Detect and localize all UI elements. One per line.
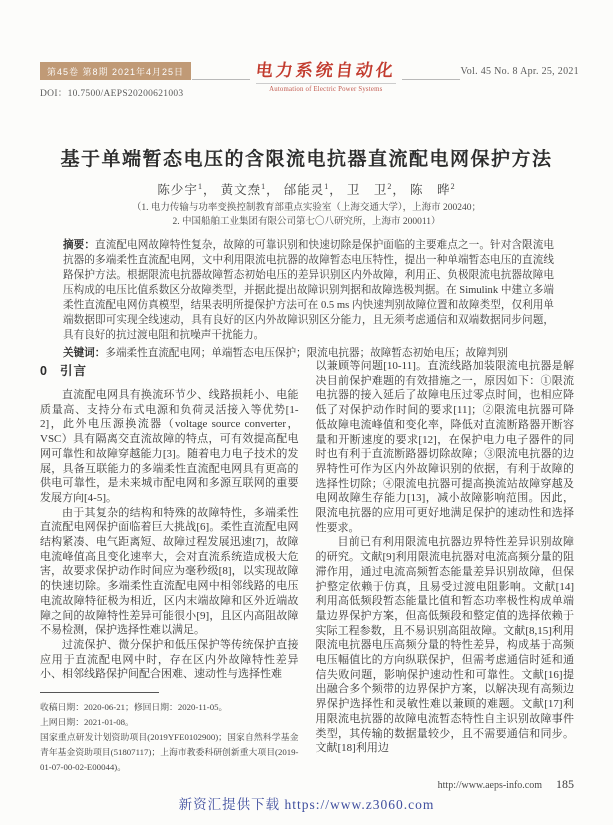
affiliations: （1. 电力传输与功率变换控制教育部重点实验室（上海交通大学），上海市 2002… (0, 201, 613, 229)
author: 黄文焘1， (221, 183, 280, 197)
affiliation-1: （1. 电力传输与功率变换控制教育部重点实验室（上海交通大学），上海市 2002… (0, 201, 613, 215)
section-number: 0 (40, 364, 48, 378)
page-footer: http://www.aeps-info.com185 (438, 777, 574, 792)
header-right: Vol. 45 No. 8 Apr. 25, 2021 (461, 62, 579, 77)
author-line: 陈少宇1， 黄文焘1， 邰能灵1， 卫 卫2， 陈 晔2 (0, 180, 613, 198)
paragraph: 过流保护、微分保护和低压保护等传统保护直接应用于直流配电网中时，存在区内外故障特… (40, 638, 299, 682)
issue-info-cn: 第45卷 第8期 2021年4月25日 (40, 62, 191, 80)
footnote-block: 收稿日期：2020-06-21；修回日期：2020-11-05。 上网日期：20… (40, 692, 299, 775)
abstract: 摘要：直流配电网故障特性复杂，故障的可靠识别和快速切除是保护面临的主要难点之一。… (63, 238, 554, 343)
affiliation-2: 2. 中国船舶工业集团有限公司第七〇八研究所，上海市 200011） (0, 215, 613, 229)
paper-page: 第45卷 第8期 2021年4月25日 DOI：10.7500/AEPS2020… (0, 0, 613, 825)
paragraph: 由于其复杂的结构和特殊的故障特性，多端柔性直流配电网保护面临着巨大挑战[6]。柔… (40, 506, 299, 638)
body-columns: 0引言 直流配电网具有换流环节少、线路损耗小、电能质量高、支持分布式电源和负荷灵… (40, 359, 575, 785)
footnote-online-date: 上网日期：2021-01-08。 (40, 715, 299, 730)
doi: DOI：10.7500/AEPS20200621003 (40, 85, 191, 99)
paragraph: 以兼顾等问题[10-11]。直流线路加装限流电抗器是解决目前保护难题的有效措施之… (316, 359, 575, 535)
left-column: 0引言 直流配电网具有换流环节少、线路损耗小、电能质量高、支持分布式电源和负荷灵… (40, 359, 299, 785)
logo-line-right (402, 79, 460, 80)
footnote-dates: 收稿日期：2020-06-21；修回日期：2020-11-05。 (40, 700, 299, 715)
footnote-funding: 国家重点研发计划资助项目(2019YFE0102900)；国家自然科学基金青年基… (40, 730, 299, 775)
keywords-text: 多端柔性直流配电网；单端暂态电压保护；限流电抗器；故障暂态初始电压；故障判别 (105, 348, 508, 359)
author: 卫 卫2， (347, 183, 406, 197)
journal-name-cn: 电力系统自动化 (254, 56, 397, 81)
download-watermark: 新资汇提供下载 https://www.z3060.com (0, 793, 613, 813)
journal-name-en: Automation of Electric Power Systems (256, 83, 396, 93)
page-number: 185 (556, 777, 574, 791)
article-title: 基于单端暂态电压的含限流电抗器直流配电网保护方法 (0, 144, 613, 171)
abstract-block: 摘要：直流配电网故障特性复杂，故障的可靠识别和快速切除是保护面临的主要难点之一。… (63, 238, 554, 361)
section-0-heading: 0引言 (40, 361, 299, 379)
header-left: 第45卷 第8期 2021年4月25日 DOI：10.7500/AEPS2020… (40, 62, 191, 99)
logo-line-left (192, 79, 250, 80)
footnote-rule (40, 692, 159, 693)
journal-header: 第45卷 第8期 2021年4月25日 DOI：10.7500/AEPS2020… (40, 62, 579, 99)
journal-logo: 电力系统自动化 Automation of Electric Power Sys… (192, 56, 460, 93)
abstract-text: 直流配电网故障特性复杂，故障的可靠识别和快速切除是保护面临的主要难点之一。针对含… (63, 240, 554, 341)
right-column: 以兼顾等问题[10-11]。直流线路加装限流电抗器是解决目前保护难题的有效措施之… (316, 359, 575, 785)
paragraph: 直流配电网具有换流环节少、线路损耗小、电能质量高、支持分布式电源和负荷灵活接入等… (40, 388, 299, 506)
keywords-label: 关键词： (63, 347, 105, 359)
paragraph: 目前已有利用限流电抗器边界特性差异识别故障的研究。文献[9]利用限流电抗器对电流… (316, 535, 575, 756)
section-title: 引言 (60, 364, 87, 378)
issue-info-en: Vol. 45 No. 8 Apr. 25, 2021 (461, 66, 579, 77)
journal-url: http://www.aeps-info.com (438, 780, 542, 791)
abstract-label: 摘要： (63, 239, 95, 251)
author: 陈 晔2 (410, 183, 456, 197)
author: 邰能灵1， (284, 183, 343, 197)
author: 陈少宇1， (157, 183, 216, 197)
